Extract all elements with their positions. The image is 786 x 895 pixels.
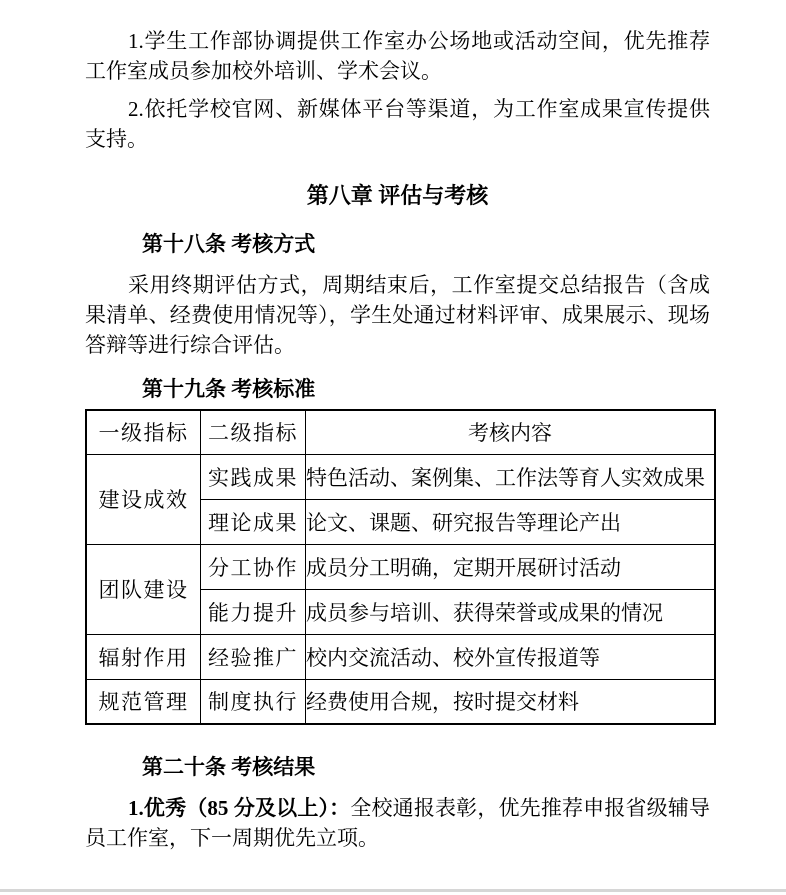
article-20-heading: 第二十条 考核结果	[142, 752, 710, 782]
cell-content: 经费使用合规，按时提交材料	[306, 679, 716, 724]
cell-level2: 制度执行	[201, 679, 306, 724]
table-row: 辐射作用 经验推广 校内交流活动、校外宣传报道等	[86, 634, 715, 679]
document-page: 1.学生工作部协调提供工作室办公场地或活动空间，优先推荐工作室成员参加校外培训、…	[0, 0, 786, 895]
table-row: 规范管理 制度执行 经费使用合规，按时提交材料	[86, 679, 715, 724]
cell-level1: 规范管理	[86, 679, 201, 724]
cell-level1: 团队建设	[86, 544, 201, 634]
header-cell-level1: 一级指标	[86, 410, 201, 454]
cell-level1: 辐射作用	[86, 634, 201, 679]
table-row: 建设成效 实践成果 特色活动、案例集、工作法等育人实效成果	[86, 454, 715, 499]
article-18-body: 采用终期评估方式，周期结束后，工作室提交总结报告（含成果清单、经费使用情况等），…	[85, 270, 710, 360]
chapter-heading: 第八章 评估与考核	[85, 181, 710, 211]
result-grade-label: 1.优秀（85 分及以上）：	[128, 796, 350, 820]
cell-level2: 经验推广	[201, 634, 306, 679]
cell-content: 特色活动、案例集、工作法等育人实效成果	[306, 454, 716, 499]
header-cell-level2: 二级指标	[201, 410, 306, 454]
page-separator	[0, 889, 786, 892]
cell-content: 成员分工明确，定期开展研讨活动	[306, 544, 716, 589]
table-header-row: 一级指标 二级指标 考核内容	[86, 410, 715, 454]
cell-level2: 分工协作	[201, 544, 306, 589]
article-18-heading: 第十八条 考核方式	[142, 229, 710, 259]
cell-content: 成员参与培训、获得荣誉或成果的情况	[306, 589, 716, 634]
support-paragraph-2: 2.依托学校官网、新媒体平台等渠道，为工作室成果宣传提供支持。	[85, 94, 710, 154]
cell-content: 论文、课题、研究报告等理论产出	[306, 499, 716, 544]
article-20-item-1: 1.优秀（85 分及以上）：全校通报表彰，优先推荐申报省级辅导员工作室，下一周期…	[85, 793, 710, 853]
cell-level1: 建设成效	[86, 454, 201, 544]
cell-level2: 能力提升	[201, 589, 306, 634]
cell-level2: 理论成果	[201, 499, 306, 544]
assessment-criteria-table: 一级指标 二级指标 考核内容 建设成效 实践成果 特色活动、案例集、工作法等育人…	[85, 409, 716, 725]
header-cell-content: 考核内容	[306, 410, 716, 454]
cell-content: 校内交流活动、校外宣传报道等	[306, 634, 716, 679]
article-19-heading: 第十九条 考核标准	[142, 374, 710, 404]
support-paragraph-1: 1.学生工作部协调提供工作室办公场地或活动空间，优先推荐工作室成员参加校外培训、…	[85, 26, 710, 86]
cell-level2: 实践成果	[201, 454, 306, 499]
table-row: 团队建设 分工协作 成员分工明确，定期开展研讨活动	[86, 544, 715, 589]
